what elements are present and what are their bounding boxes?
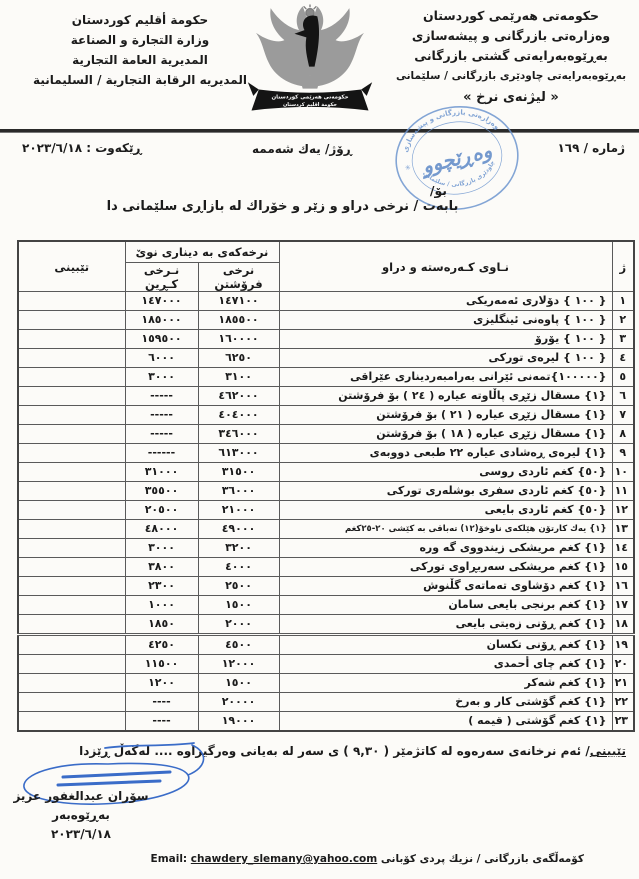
note-cell <box>18 674 125 693</box>
item-name-cell: {١} مسقال زێڕی عیاره‌ ( ١٨ ) بۆ فرۆشتن <box>279 425 612 444</box>
document-day: ڕۆژ/ یه‌ك شه‌ممه‌ <box>252 142 352 156</box>
item-name-cell: {١} كغم مریشكی زیندووی گه‌ وره‌ <box>279 539 612 558</box>
item-name-cell: {١} كغم برنجی بایعی سامان <box>279 596 612 615</box>
sell-price-cell: ٤٩٠٠٠ <box>198 520 279 539</box>
header-arabic-line: المديرية العامة التجارية <box>26 50 254 70</box>
footer-contact: كۆمه‌ڵگه‌ی بازرگانی / نزیك پردی كۆبانی E… <box>151 853 584 865</box>
header-kurdish-line: حكومه‌تی هه‌رێمی كوردستان <box>389 6 633 26</box>
buy-price-cell: ٣٥٥٠٠ <box>125 482 198 501</box>
sell-price-cell: ٣٦٠٠٠ <box>198 482 279 501</box>
sell-price-cell: ٣٢٠٠ <box>198 539 279 558</box>
buy-price-cell: ------ <box>125 444 198 463</box>
note-cell <box>18 635 125 655</box>
document-page: حكومة أقليم كوردستان وزارة التجارة و الص… <box>0 0 639 879</box>
note-cell <box>18 693 125 712</box>
row-number-cell: ١٠ <box>612 463 634 482</box>
table-row: ١٤{١} كغم مریشكی زیندووی گه‌ وره‌٣٢٠٠٣٠٠… <box>18 539 634 558</box>
document-number: ژماره‌ / ١٦٩ <box>557 141 625 155</box>
row-number-cell: ٤ <box>612 349 634 368</box>
col-header-item-name: نـاوی كـه‌ره‌سته‌ و دراو <box>279 241 612 292</box>
table-row: ٢{ ١٠٠ } پاوه‌نی ئینگلیزی١٨٥٥٠٠١٨٥٠٠٠ <box>18 311 634 330</box>
buy-price-cell: ١٢٠٠ <box>125 674 198 693</box>
row-number-cell: ١٥ <box>612 558 634 577</box>
note-cell <box>18 577 125 596</box>
item-name-cell: {١} كغم گۆشتی ( قیمه‌ ) <box>279 712 612 732</box>
buy-price-cell: ٢٣٠٠ <box>125 577 198 596</box>
item-name-cell: {٥٠} كغم ئاردی سفری بوشله‌ری توركی <box>279 482 612 501</box>
row-number-cell: ١١ <box>612 482 634 501</box>
buy-price-cell: ----- <box>125 425 198 444</box>
table-row: ١٩{١} كغم ڕۆنی تكسان٤٥٠٠٤٢٥٠ <box>18 635 634 655</box>
sell-price-cell: ٣١٠٠ <box>198 368 279 387</box>
buy-price-cell: ٣٠٠٠ <box>125 539 198 558</box>
row-number-cell: ١٩ <box>612 635 634 655</box>
buy-price-cell: ٣٨٠٠ <box>125 558 198 577</box>
email-address: chawdery_slemany@yahoo.com <box>191 853 377 865</box>
item-name-cell: {١} كغم ڕۆنی تكسان <box>279 635 612 655</box>
note-cell <box>18 292 125 311</box>
buy-price-cell: ٤٢٥٠ <box>125 635 198 655</box>
header-kurdish-block: حكومه‌تی هه‌رێمی كوردستان وه‌زاره‌تی باز… <box>389 6 633 108</box>
header-arabic-line: وزارة التجارة و الصناعة <box>26 30 254 50</box>
table-row: ١٨{١} كغم ڕۆنی زه‌یتی بایعی٢٠٠٠١٨٥٠ <box>18 615 634 635</box>
buy-price-cell: ---- <box>125 693 198 712</box>
stamp-ornament: ✳ <box>404 164 411 173</box>
row-number-cell: ١ <box>612 292 634 311</box>
sell-price-cell: ١٥٠٠ <box>198 596 279 615</box>
note-cell <box>18 349 125 368</box>
note-cell <box>18 539 125 558</box>
row-number-cell: ٥ <box>612 368 634 387</box>
note-cell <box>18 596 125 615</box>
sell-price-cell: ٤٠٤٠٠٠ <box>198 406 279 425</box>
footnote-label: تێبینی <box>590 744 626 758</box>
note-cell <box>18 501 125 520</box>
table-row: ١٠{٥٠} كغم ئاردی روسی٣١٥٠٠٣١٠٠٠ <box>18 463 634 482</box>
buy-price-cell: ----- <box>125 406 198 425</box>
sell-price-cell: ١٦٠٠٠٠ <box>198 330 279 349</box>
footer-address: كۆمه‌ڵگه‌ی بازرگانی / نزیك پردی كۆبانی <box>381 853 584 865</box>
buy-price-cell: ٣٠٠٠ <box>125 368 198 387</box>
sell-price-cell: ١٤٧١٠٠ <box>198 292 279 311</box>
price-committee-label: « لیژنه‌ی نرخ » <box>389 88 633 108</box>
item-name-cell: { ١٠٠ } پاوه‌نی ئینگلیزی <box>279 311 612 330</box>
row-number-cell: ١٤ <box>612 539 634 558</box>
table-row: ١{ ١٠٠ } دۆلاری ئه‌مه‌ریكی١٤٧١٠٠١٤٧٠٠٠ <box>18 292 634 311</box>
item-name-cell: {١} یه‌ك كارتۆن هێلكه‌ی ناوخۆ(١٢) ته‌باق… <box>279 520 612 539</box>
sell-price-cell: ٢٥٠٠ <box>198 577 279 596</box>
item-name-cell: { ١٠٠ } دۆلاری ئه‌مه‌ریكی <box>279 292 612 311</box>
col-header-buy-price: نـرخی كـڕین <box>125 263 198 292</box>
stamp-ring-top-text: وه‌زاره‌تی بازرگانی و پیشه‌سازی <box>396 101 503 154</box>
item-name-cell: {١} مسقال زێڕی عیاره‌ ( ٢١ ) بۆ فرۆشتن <box>279 406 612 425</box>
sell-price-cell: ٢٠٠٠ <box>198 615 279 635</box>
note-cell <box>18 558 125 577</box>
item-name-cell: {١} كغم دۆشاوی ته‌ماته‌ی گڵنوش <box>279 577 612 596</box>
table-row: ١٧{١} كغم برنجی بایعی سامان١٥٠٠١٠٠٠ <box>18 596 634 615</box>
sell-price-cell: ٢١٠٠٠ <box>198 501 279 520</box>
table-row: ٨{١} مسقال زێڕی عیاره‌ ( ١٨ ) بۆ فرۆشتن٣… <box>18 425 634 444</box>
signature-date: ٢٠٢٣/٦/١٨ <box>10 825 152 844</box>
row-number-cell: ١٦ <box>612 577 634 596</box>
row-number-cell: ٢ <box>612 311 634 330</box>
row-number-cell: ٢٣ <box>612 712 634 732</box>
row-number-cell: ١٨ <box>612 615 634 635</box>
footnote-body: ئه‌م نرخانه‌ی سه‌ره‌وه‌ له‌ كاتژمێر ( ٩,… <box>150 744 581 758</box>
row-number-cell: ٧ <box>612 406 634 425</box>
email-label: Email: <box>151 853 188 865</box>
buy-price-cell: ---- <box>125 712 198 732</box>
table-row: ١٦{١} كغم دۆشاوی ته‌ماته‌ی گڵنوش٢٥٠٠٢٣٠٠ <box>18 577 634 596</box>
sell-price-cell: ٦١٣٠٠٠ <box>198 444 279 463</box>
table-row: ٢٣{١} كغم گۆشتی ( قیمه‌ )١٩٠٠٠---- <box>18 712 634 732</box>
item-name-cell: { ١٠٠ } لیره‌ی توركی <box>279 349 612 368</box>
table-row: ٣{ ١٠٠ } یۆرۆ١٦٠٠٠٠١٥٩٥٠٠ <box>18 330 634 349</box>
table-row: ٢٠{١} كغم چای أحمدی١٢٠٠٠١١٥٠٠ <box>18 655 634 674</box>
note-cell <box>18 615 125 635</box>
divider-line <box>0 129 639 133</box>
item-name-cell: {١} كغم چای أحمدی <box>279 655 612 674</box>
note-cell <box>18 655 125 674</box>
header-kurdish-line: وه‌زاره‌تی بازرگانی و پیشه‌سازی <box>389 26 633 46</box>
buy-price-cell: ----- <box>125 387 198 406</box>
buy-price-cell: ٢٠٥٠٠ <box>125 501 198 520</box>
header-arabic-line: حكومة أقليم كوردستان <box>26 10 254 30</box>
table-row: ٥{١٠٠٠٠٠}تمه‌نی ئێرانی به‌رامبه‌ردیناری … <box>18 368 634 387</box>
sell-price-cell: ١٢٠٠٠ <box>198 655 279 674</box>
table-row: ٢٢{١} كغم گۆشتی كار و به‌رخ٢٠٠٠٠---- <box>18 693 634 712</box>
table-row: ٦{١} مسقال زێڕی پاڵاوته‌ عیاره‌ ( ٢٤ ) ب… <box>18 387 634 406</box>
note-cell <box>18 311 125 330</box>
note-cell <box>18 712 125 732</box>
table-row: ١١{٥٠} كغم ئاردی سفری بوشله‌ری توركی٣٦٠٠… <box>18 482 634 501</box>
item-name-cell: {١٠٠٠٠٠}تمه‌نی ئێرانی به‌رامبه‌ردیناری ع… <box>279 368 612 387</box>
row-number-cell: ٨ <box>612 425 634 444</box>
emblem-banner-text: حكومة اقليم كردستان <box>283 102 337 108</box>
sell-price-cell: ٤٦٢٠٠٠ <box>198 387 279 406</box>
col-header-number: ژ <box>612 241 634 292</box>
table-row: ١٥{١} كغم مریشكی سه‌ربڕاوی توركی٤٠٠٠٣٨٠٠ <box>18 558 634 577</box>
item-name-cell: {٥٠} كغم ئاردی بایعی <box>279 501 612 520</box>
note-cell <box>18 463 125 482</box>
table-row: ٢١{١} كغم شه‌كر١٥٠٠١٢٠٠ <box>18 674 634 693</box>
row-number-cell: ١٢ <box>612 501 634 520</box>
note-cell <box>18 482 125 501</box>
col-header-notes: تێبینی <box>18 241 125 292</box>
row-number-cell: ١٣ <box>612 520 634 539</box>
buy-price-cell: ١٠٠٠ <box>125 596 198 615</box>
item-name-cell: {١} مسقال زێڕی پاڵاوته‌ عیاره‌ ( ٢٤ ) بۆ… <box>279 387 612 406</box>
sell-price-cell: ٣١٥٠٠ <box>198 463 279 482</box>
buy-price-cell: ١١٥٠٠ <box>125 655 198 674</box>
buy-price-cell: ١٨٥٠ <box>125 615 198 635</box>
document-date: ڕێكه‌وت : ٢٠٢٣/٦/١٨ <box>22 141 142 155</box>
header-kurdish-line: به‌ڕێوه‌به‌رایه‌تی گشتی بازرگانی <box>389 46 633 66</box>
sell-price-cell: ٤٥٠٠ <box>198 635 279 655</box>
sell-price-cell: ٦٢٥٠ <box>198 349 279 368</box>
table-row: ٤{ ١٠٠ } لیره‌ی توركی٦٢٥٠٦٠٠٠ <box>18 349 634 368</box>
item-name-cell: {١} كغم شه‌كر <box>279 674 612 693</box>
row-number-cell: ٩ <box>612 444 634 463</box>
krg-emblem-icon: حكومه‌تی هه‌رێمی كوردستان حكومة اقليم كر… <box>246 0 374 126</box>
svg-text:وه‌زاره‌تی بازرگانی و پیشه‌ساز: وه‌زاره‌تی بازرگانی و پیشه‌سازی <box>396 101 503 154</box>
buy-price-cell: ١٨٥٠٠٠ <box>125 311 198 330</box>
footnote-tail: له‌گه‌ڵ ڕێزدا <box>79 744 150 758</box>
stamp-center-text: وه‌ڕێچوو <box>417 138 495 180</box>
note-cell <box>18 368 125 387</box>
sell-price-cell: ١٥٠٠ <box>198 674 279 693</box>
note-cell <box>18 387 125 406</box>
signatory-name: سۆران عبدالغفور عزیز <box>10 787 152 806</box>
col-header-sell-price: نرخی فرۆشتن <box>198 263 279 292</box>
sell-price-cell: ١٩٠٠٠ <box>198 712 279 732</box>
buy-price-cell: ٦٠٠٠ <box>125 349 198 368</box>
price-table: ژ نـاوی كـه‌ره‌سته‌ و دراو نرخه‌كه‌ی به‌… <box>17 240 635 732</box>
table-row: ١٢{٥٠} كغم ئاردی بایعی٢١٠٠٠٢٠٥٠٠ <box>18 501 634 520</box>
header-kurdish-line: به‌ڕێوه‌به‌رایه‌تی چاودێری بازرگانی / سل… <box>389 66 633 86</box>
col-header-price-group: نرخه‌كه‌ی به‌ دیناری نوێ <box>125 241 279 263</box>
item-name-cell: {١} كغم گۆشتی كار و به‌رخ <box>279 693 612 712</box>
to-label: بۆ/ <box>430 183 447 198</box>
footer-email-group: Email: chawdery_slemany@yahoo.com <box>151 853 378 865</box>
sell-price-cell: ١٨٥٥٠٠ <box>198 311 279 330</box>
sell-price-cell: ٢٠٠٠٠ <box>198 693 279 712</box>
row-number-cell: ٢١ <box>612 674 634 693</box>
row-number-cell: ٢٢ <box>612 693 634 712</box>
header-arabic-line: المديريه الرقابة التجارية / السليمانية <box>26 70 254 90</box>
item-name-cell: {١} كغم مریشكی سه‌ربڕاوی توركی <box>279 558 612 577</box>
row-number-cell: ٢٠ <box>612 655 634 674</box>
item-name-cell: {١} كغم ڕۆنی زه‌یتی بایعی <box>279 615 612 635</box>
note-cell <box>18 425 125 444</box>
sell-price-cell: ٣٤٦٠٠٠ <box>198 425 279 444</box>
buy-price-cell: ٤٨٠٠٠ <box>125 520 198 539</box>
note-cell <box>18 406 125 425</box>
note-cell <box>18 444 125 463</box>
note-cell <box>18 520 125 539</box>
table-row: ٩{١} لیره‌ی ڕه‌شادی عیاره‌ ٢٢ طبعی دووبه… <box>18 444 634 463</box>
sell-price-cell: ٤٠٠٠ <box>198 558 279 577</box>
footnote: تێبینی/ ئه‌م نرخانه‌ی سه‌ره‌وه‌ له‌ كاتژ… <box>79 744 626 758</box>
table-row: ٧{١} مسقال زێڕی عیاره‌ ( ٢١ ) بۆ فرۆشتن٤… <box>18 406 634 425</box>
row-number-cell: ١٧ <box>612 596 634 615</box>
buy-price-cell: ٣١٠٠٠ <box>125 463 198 482</box>
item-name-cell: { ١٠٠ } یۆرۆ <box>279 330 612 349</box>
header-arabic-block: حكومة أقليم كوردستان وزارة التجارة و الص… <box>26 10 254 90</box>
emblem-banner-text: حكومه‌تی هه‌رێمی كوردستان <box>271 94 348 101</box>
note-cell <box>18 330 125 349</box>
subject-line: بابه‌ت / نرخی دراو و زێر و خۆراك له‌ باز… <box>95 199 470 214</box>
footnote-sep: / <box>581 744 590 758</box>
row-number-cell: ٣ <box>612 330 634 349</box>
signatory-title: به‌ڕێوه‌به‌ر <box>10 806 152 825</box>
item-name-cell: {١} لیره‌ی ڕه‌شادی عیاره‌ ٢٢ طبعی دووبه‌… <box>279 444 612 463</box>
buy-price-cell: ١٤٧٠٠٠ <box>125 292 198 311</box>
buy-price-cell: ١٥٩٥٠٠ <box>125 330 198 349</box>
signature-block: سۆران عبدالغفور عزیز به‌ڕێوه‌به‌ر ٢٠٢٣/٦… <box>10 787 152 844</box>
row-number-cell: ٦ <box>612 387 634 406</box>
item-name-cell: {٥٠} كغم ئاردی روسی <box>279 463 612 482</box>
table-row: ١٣{١} یه‌ك كارتۆن هێلكه‌ی ناوخۆ(١٢) ته‌ب… <box>18 520 634 539</box>
